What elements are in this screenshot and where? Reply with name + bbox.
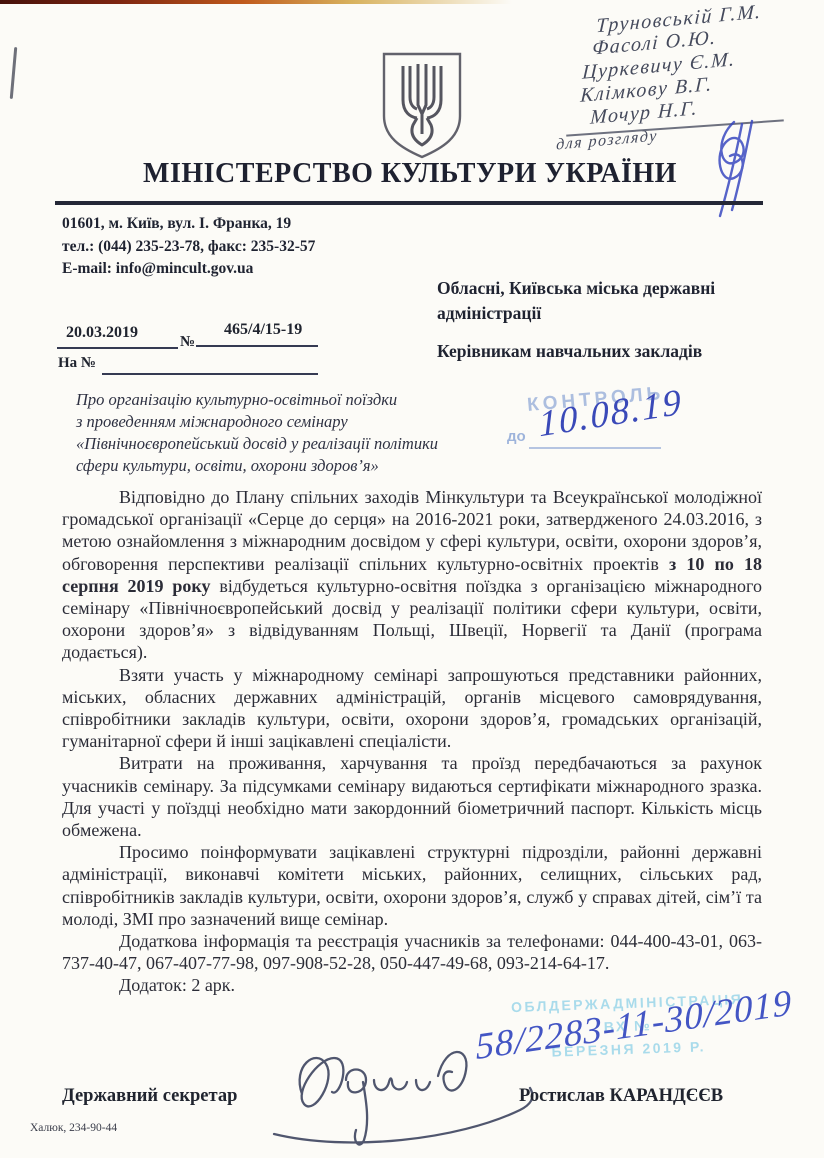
pen-mark-left-margin [10,47,18,99]
scanned-letter-page: Труновській Г.М. Фасолі О.Ю. Цуркевичу Є… [0,0,824,1158]
control-stamp-do-label: до [507,428,526,445]
signer-position: Державний секретар [62,1086,237,1107]
date-underline [57,347,178,349]
subject-line: сфери культури, освіти, охорони здоров’я… [76,455,438,477]
number-underline [196,345,318,347]
paragraph-text: Відповідно до Плану спільних заходів Мін… [62,487,762,574]
ministry-title: МІНІСТЕРСТВО КУЛЬТУРИ УКРАЇНИ [90,158,730,190]
header-rule [55,201,763,205]
number-sign: № [180,334,195,351]
recipient-administrations: Обласні, Київська міська державні адміні… [437,276,769,326]
address-line: тел.: (044) 235-23-78, факс: 235-32-57 [62,236,315,259]
letter-number: 465/4/15-19 [224,321,302,339]
ukraine-trident-icon [377,50,467,162]
subject-line: «Північноєвропейський досвід у реалізаці… [76,433,438,455]
ministry-address-block: 01601, м. Київ, вул. І. Франка, 19 тел.:… [62,213,315,281]
address-line: E-mail: info@mincult.gov.ua [62,258,315,281]
executor-note: Халюк, 234-90-44 [30,1122,117,1134]
letter-body: Відповідно до Плану спільних заходів Мін… [62,486,762,997]
paragraph: Взяти участь у міжнародному семінарі зап… [62,664,762,753]
control-stamp-line [529,447,661,449]
signer-name: Ростислав КАРАНДЄЄВ [519,1086,723,1107]
handwritten-note: для розгляду [556,127,659,154]
paragraph: Додаткова інформація та реєстрація учасн… [62,930,762,974]
paragraph: Витрати на проживання, харчування та про… [62,752,762,841]
na-number-label: На № [58,355,96,372]
paragraph: Просимо поінформувати зацікавлені структ… [62,841,762,930]
subject-line: з проведенням міжнародного семінару [76,411,438,433]
scan-edge-artifact [0,0,640,4]
subject-block: Про організацію культурно-освітньої поїз… [76,389,438,477]
subject-line: Про організацію культурно-освітньої поїз… [76,389,438,411]
address-line: 01601, м. Київ, вул. І. Франка, 19 [62,213,315,236]
recipient-school-heads: Керівникам навчальних закладів [437,341,777,362]
na-number-underline [102,373,318,375]
letter-date: 20.03.2019 [66,324,138,342]
paragraph: Відповідно до Плану спільних заходів Мін… [62,486,762,664]
